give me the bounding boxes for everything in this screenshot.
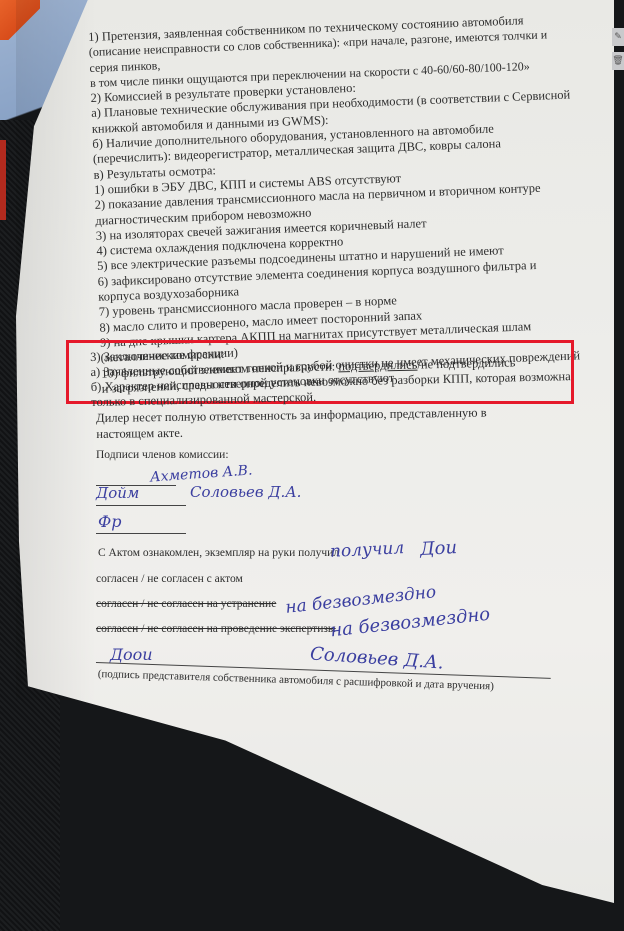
signature-line-2 <box>96 505 186 506</box>
conclusion-section: 3) Заключение комиссии: а) Заявленные со… <box>90 339 571 410</box>
acknowledged-handwritten: получил <box>330 538 405 562</box>
dealer-note-text: Дилер несет полную ответственность за ин… <box>96 404 496 442</box>
signature-line-3 <box>96 533 186 534</box>
background-red-strip <box>0 140 6 220</box>
signature-scribble-1: Дойм <box>96 484 139 502</box>
conclusion-a-confirmed: подтвердились <box>338 358 417 374</box>
trash-icon[interactable]: 🗑 <box>612 52 624 70</box>
conclusion-a-suffix: /не подтвердились <box>417 355 515 371</box>
agree-expertise-text: согласен / не согласен на проведение экс… <box>96 623 336 635</box>
agree-act-label: согласен / не согласен с актом <box>96 573 243 585</box>
side-toolbar: ✎ 🗑 <box>612 28 624 70</box>
owner-signature-scribble: Доои <box>110 645 153 664</box>
edit-icon[interactable]: ✎ <box>612 28 624 46</box>
signature-member-2: Соловьев Д.А. <box>190 483 301 501</box>
signatures-label: Подписи членов комиссии: <box>96 449 229 461</box>
acknowledged-label: С Актом ознакомлен, экземпляр на руки по… <box>98 547 339 559</box>
acknowledged-signature: Дои <box>419 537 457 560</box>
background-orange-object <box>0 0 40 40</box>
agree-expertise-label: согласен / не согласен на проведение экс… <box>96 623 336 635</box>
dealer-note: Дилер несет полную ответственность за ин… <box>96 404 496 442</box>
agree-repair-label: согласен / не согласен на устранение <box>96 598 276 610</box>
signature-scribble-3: Фр <box>98 512 122 531</box>
